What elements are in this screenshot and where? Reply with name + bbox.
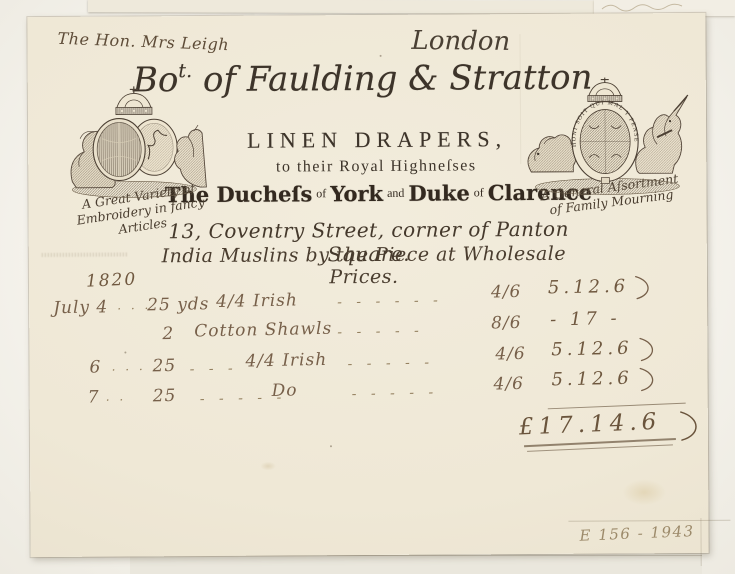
sum-line-above xyxy=(548,403,686,410)
backing-sheet-edge xyxy=(88,0,603,14)
paper-speck xyxy=(330,445,332,447)
entry-mid-dashes: - - - xyxy=(189,361,237,378)
entry-rate: 8/6 xyxy=(491,313,522,334)
entry-amount: 5.12.6 xyxy=(551,338,633,361)
entry-date: 7 xyxy=(88,387,100,407)
pen-flourish xyxy=(637,335,660,363)
patron-text: of xyxy=(474,185,484,199)
entry-rate: 4/6 xyxy=(491,282,522,303)
addressee-annotation: The Hon. Mrs Leigh xyxy=(57,29,248,55)
unicorn-icon xyxy=(635,95,688,173)
place-line: London xyxy=(411,26,510,57)
pen-flourish xyxy=(637,365,660,393)
royal-arms-crest: HONI SOIT QUI MAL Y PENSE xyxy=(519,77,695,200)
entry-leader: - - - - - xyxy=(337,323,424,341)
photo-backdrop: The Hon. Mrs Leigh London Bot. of Fauldi… xyxy=(0,0,735,574)
entry-date: 6 xyxy=(89,357,101,377)
patron-text: and xyxy=(387,186,404,200)
shield-icon xyxy=(93,118,177,181)
entry-date: July 4 xyxy=(53,297,108,318)
paper-stain xyxy=(622,479,666,505)
total-amount: £17.14.6 xyxy=(518,409,661,441)
patron-text: of xyxy=(316,186,326,200)
entry-leader: - - - - - xyxy=(347,355,434,373)
entry-quantity: 25 yds xyxy=(147,294,210,315)
mount-corner-line xyxy=(700,518,701,566)
entry-amount: - 17 - xyxy=(550,308,621,330)
lion-icon xyxy=(528,135,576,172)
entry-description: 4/4 Irish xyxy=(216,290,298,312)
entry-description: Cotton Shawls xyxy=(194,319,332,342)
entry-leader: - - - - - xyxy=(352,385,439,403)
entry-quantity: 25 xyxy=(153,386,177,406)
left-armorial-crest xyxy=(58,83,209,202)
royal-warrant-line: to their Royal Highneſses xyxy=(216,157,536,177)
entry-dots: · · xyxy=(106,393,127,407)
entry-amount: 5.12.6 xyxy=(548,276,630,299)
mount-corner-line xyxy=(568,520,730,522)
pen-flourish xyxy=(633,273,656,301)
engraver-imprint xyxy=(42,252,128,257)
entry-description: 4/4 Irish xyxy=(245,350,327,372)
pen-flourish xyxy=(678,409,704,443)
entry-amount: 5.12.6 xyxy=(551,368,633,391)
entry-description: Do xyxy=(271,380,297,401)
entry-quantity: 25 xyxy=(152,356,176,376)
billhead-document: The Hon. Mrs Leigh London Bot. of Fauldi… xyxy=(27,13,708,557)
patron-text: York xyxy=(330,181,383,206)
entry-rate: 4/6 xyxy=(495,344,526,365)
crown-icon xyxy=(116,86,152,114)
patron-text: Duke xyxy=(408,180,470,205)
title-superscript: t. xyxy=(178,60,192,82)
crown-icon xyxy=(588,77,622,102)
paper-stain xyxy=(260,462,276,471)
accession-number: E 156 - 1943 xyxy=(579,522,695,545)
garter-shield-icon: HONI SOIT QUI MAL Y PENSE xyxy=(571,100,639,184)
entry-rate: 4/6 xyxy=(493,374,524,395)
under-sheet xyxy=(130,556,702,574)
paper-speck xyxy=(380,55,382,57)
horse-icon xyxy=(174,125,206,187)
entry-leader: - - - - - - xyxy=(337,293,443,311)
entry-quantity: 2 xyxy=(162,324,174,344)
trade-line: LINEN DRAPERS, xyxy=(212,126,542,154)
